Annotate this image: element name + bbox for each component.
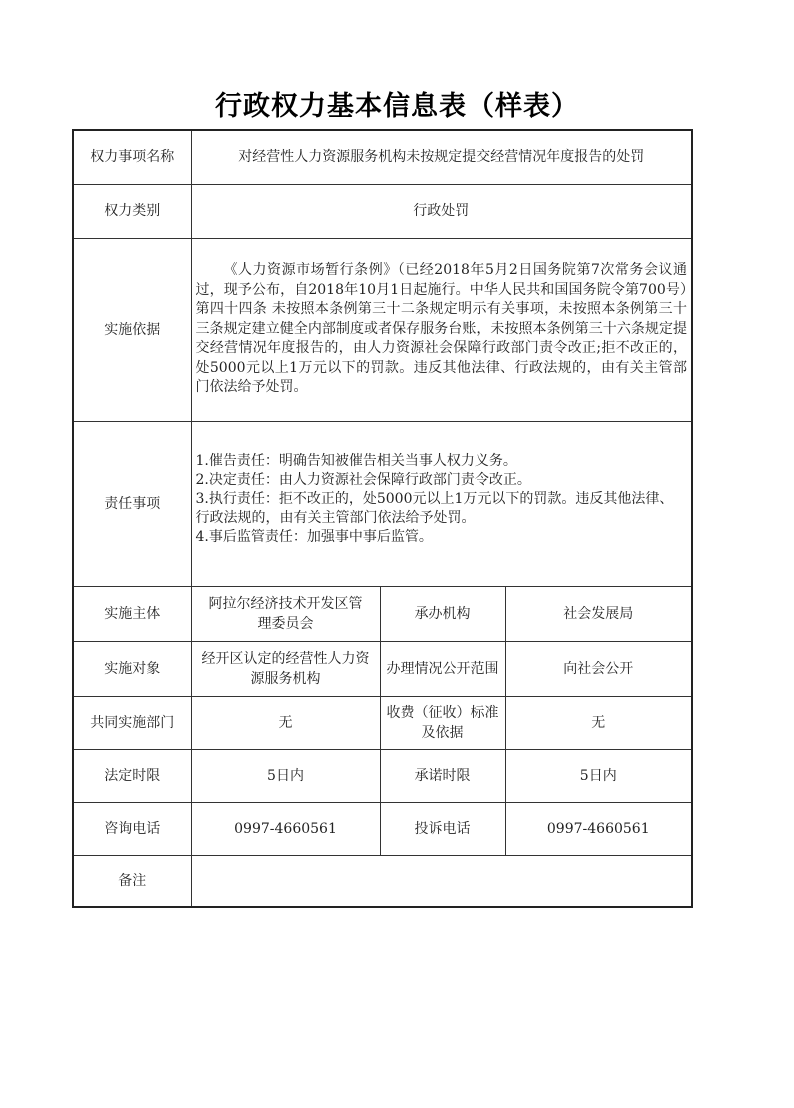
power-type-label: 权力类别 xyxy=(73,184,191,238)
implementing-body-label: 实施主体 xyxy=(73,586,191,641)
legal-time-limit-label: 法定时限 xyxy=(73,749,191,802)
page-title: 行政权力基本信息表（样表） xyxy=(0,84,794,123)
responsibility-item: 1.催告责任：明确告知被催告相关当事人权力义务。 xyxy=(196,452,688,471)
row-legal-basis: 实施依据 《人力资源市场暂行条例》（已经2018年5月2日国务院第7次常务会议通… xyxy=(73,238,692,421)
target-value: 经开区认定的经营性人力资源服务机构 xyxy=(191,641,380,696)
row-power-name: 权力事项名称 对经营性人力资源服务机构未按规定提交经营情况年度报告的处罚 xyxy=(73,130,692,184)
fee-standard-label: 收费（征收）标准及依据 xyxy=(380,696,505,749)
disclosure-scope-value: 向社会公开 xyxy=(505,641,692,696)
handling-agency-label: 承办机构 xyxy=(380,586,505,641)
power-name-value: 对经营性人力资源服务机构未按规定提交经营情况年度报告的处罚 xyxy=(191,130,692,184)
promised-time-limit-label: 承诺时限 xyxy=(380,749,505,802)
responsibilities-label: 责任事项 xyxy=(73,421,191,586)
complaint-phone-label: 投诉电话 xyxy=(380,802,505,855)
disclosure-scope-label: 办理情况公开范围 xyxy=(380,641,505,696)
row-phones: 咨询电话 0997-4660561 投诉电话 0997-4660561 xyxy=(73,802,692,855)
responsibility-item: 3.执行责任：拒不改正的，处5000元以上1万元以下的罚款。违反其他法律、行政法… xyxy=(196,490,688,528)
joint-departments-value: 无 xyxy=(191,696,380,749)
info-table: 权力事项名称 对经营性人力资源服务机构未按规定提交经营情况年度报告的处罚 权力类… xyxy=(72,129,693,908)
responsibilities-cell: 1.催告责任：明确告知被催告相关当事人权力义务。 2.决定责任：由人力资源社会保… xyxy=(191,421,692,586)
power-name-label: 权力事项名称 xyxy=(73,130,191,184)
row-remarks: 备注 xyxy=(73,855,692,907)
row-power-type: 权力类别 行政处罚 xyxy=(73,184,692,238)
target-label: 实施对象 xyxy=(73,641,191,696)
row-implementing-body: 实施主体 阿拉尔经济技术开发区管理委员会 承办机构 社会发展局 xyxy=(73,586,692,641)
handling-agency-value: 社会发展局 xyxy=(505,586,692,641)
remarks-label: 备注 xyxy=(73,855,191,907)
row-joint-departments: 共同实施部门 无 收费（征收）标准及依据 无 xyxy=(73,696,692,749)
fee-standard-value: 无 xyxy=(505,696,692,749)
joint-departments-label: 共同实施部门 xyxy=(73,696,191,749)
complaint-phone-value: 0997-4660561 xyxy=(505,802,692,855)
responsibility-item: 4.事后监管责任：加强事中事后监管。 xyxy=(196,528,688,547)
implementing-body-value: 阿拉尔经济技术开发区管理委员会 xyxy=(191,586,380,641)
legal-basis-label: 实施依据 xyxy=(73,238,191,421)
legal-basis-text: 《人力资源市场暂行条例》（已经2018年5月2日国务院第7次常务会议通过，现予公… xyxy=(196,261,688,398)
row-responsibilities: 责任事项 1.催告责任：明确告知被催告相关当事人权力义务。 2.决定责任：由人力… xyxy=(73,421,692,586)
legal-time-limit-value: 5日内 xyxy=(191,749,380,802)
responsibility-item: 2.决定责任：由人力资源社会保障行政部门责令改正。 xyxy=(196,471,688,490)
power-type-value: 行政处罚 xyxy=(191,184,692,238)
consult-phone-value: 0997-4660561 xyxy=(191,802,380,855)
consult-phone-label: 咨询电话 xyxy=(73,802,191,855)
legal-basis-cell: 《人力资源市场暂行条例》（已经2018年5月2日国务院第7次常务会议通过，现予公… xyxy=(191,238,692,421)
promised-time-limit-value: 5日内 xyxy=(505,749,692,802)
row-target: 实施对象 经开区认定的经营性人力资源服务机构 办理情况公开范围 向社会公开 xyxy=(73,641,692,696)
remarks-value xyxy=(191,855,692,907)
row-time-limits: 法定时限 5日内 承诺时限 5日内 xyxy=(73,749,692,802)
